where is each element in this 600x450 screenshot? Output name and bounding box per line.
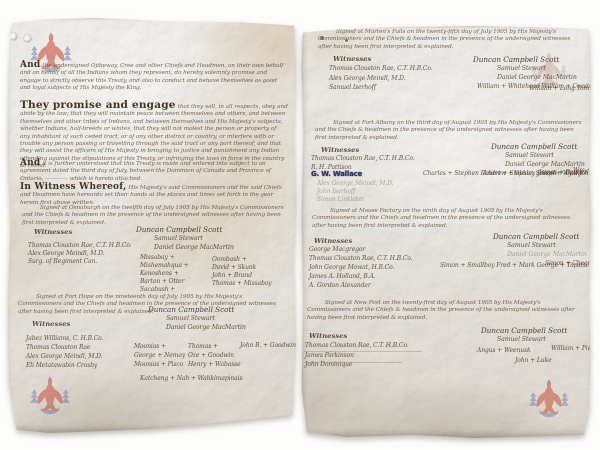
thunderbird-watermark [527,378,571,418]
commissioner-signature: Daniel George MacMartin [154,244,234,253]
paragraph-opening: They promise and engage [20,99,178,111]
signer-names: Angus + Weenusk [477,347,531,354]
witnesses-label: Witnesses [309,332,347,340]
ink-stamp-signature: G. W. Wallace [311,170,362,178]
signing-heading-new-post: Signed at New Post on the twenty-first d… [307,300,583,322]
signer-names: William + Long Tom William + Wynne [529,85,591,93]
commissioner-signature: Duncan Campbell Scott [491,142,577,151]
witnesses-label: Witnesses [32,320,70,328]
punch-hole-eyelet [10,33,17,40]
witness-signatures: George Macgregor Thomas Clouston Rae, C.… [309,245,413,290]
signer-names: Thomas + Oze + Goodwin Henry + Wabasse [188,342,241,369]
ruled-line [304,351,422,352]
thunderbird-watermark [28,375,72,415]
paragraph-text: the undersigned Ojibeway, Cree and other… [20,63,283,91]
left-page: Andthe undersigned Ojibeway, Cree and ot… [8,18,297,433]
witnesses-label: Witnesses [34,228,72,236]
commissioner-signature: Samuel Stewart [505,152,585,161]
witnesses-label: Witnesses [314,237,352,245]
punch-hole-eyelet [24,35,31,42]
signing-heading-fort-albany: Signed at Fort Albany on the third day o… [315,120,583,142]
commissioner-signatures: Samuel Stewart [497,336,546,345]
witness-signatures: Jabez Williams, C. H.B.Co. Thomas Cloust… [26,334,103,370]
witness-signatures: Thomas Clouston Rae, C.T. H.B.Co. James … [305,341,409,370]
commissioner-signature: Samuel Stewart [154,235,234,244]
signer-names: John B. + Goodwin Abraham + Mamins Yesno… [240,341,297,350]
witness-signatures: Thomas Clouston Rae, C.T. H.B.Co. Alex G… [329,64,433,93]
commissioner-signature: Daniel George MacMartin [166,324,246,333]
commissioner-signatures: Samuel StewartDaniel George MacMartin [497,65,577,82]
signing-heading-martens-falls: Signed at Marten's Falls on the twenty-f… [318,29,574,51]
commissioner-signatures: Samuel StewartDaniel George MacMartin [154,235,234,252]
commissioner-signature: Daniel George MacMartin [507,251,587,260]
witness-signatures: Thomas Clouston Rae, C.T. H.B.Co. Alex G… [28,242,132,266]
signer-names: Katcheng + Nah + Wahkimapinais [140,375,242,382]
ruled-line [304,362,402,363]
commissioner-signature: Samuel Stewart [166,315,246,324]
right-page: Signed at Marten's Falls on the twenty-f… [301,26,591,438]
witness-signatures-faint: Alex George Meindl, M.D. John Iserhoff S… [317,180,393,204]
signing-heading-osnaburgh: Signed at Osnaburgh on the twelfth day o… [22,205,284,227]
signer-names: John + Luke [515,357,552,364]
witnesses-label: Witnesses [321,146,359,154]
commissioner-signatures: Samuel StewartDaniel George MacMartin [507,242,587,259]
scanned-treaty-document: { "theme":{ "page_color":"#eae7e1", "ink… [0,0,600,450]
commissioner-signature: Duncan Campbell Scott [148,305,234,314]
right-page-parchment: Signed at Marten's Falls on the twenty-f… [301,26,591,438]
left-page-parchment: Andthe undersigned Ojibeway, Cree and ot… [8,18,297,433]
commissioner-signature: Samuel Stewart [497,65,577,74]
commissioner-signature: Samuel Stewart [507,242,587,251]
signer-names: Missabay + Mishemahqua + Kenoshens + Bar… [140,254,189,294]
commissioner-signatures: Samuel StewartDaniel George MacMartin [166,315,246,332]
paragraph-opening: And [20,60,42,70]
commissioner-signature: Duncan Campbell Scott [493,232,579,241]
paragraph-opening: And [20,158,42,168]
treaty-paragraph: Andit is further understood that this Tr… [20,160,282,183]
signer-names: Wm + Goodwin Thos + Scott [573,163,591,178]
witnesses-label: Witnesses [333,55,371,63]
signer-names: Oombash + David + Skunk John + Brand Tho… [212,256,272,288]
signer-names: Moonias + George + Nemay Moonias + Pisco [134,342,185,369]
paragraph-opening: In Witness Whereof, [20,182,128,192]
signing-heading-moose-factory: Signed at Moose Factory on the ninth day… [312,208,584,230]
commissioner-signature: Samuel Stewart [497,336,546,345]
signer-names: William + Pierce [551,345,591,352]
treaty-paragraph: Andthe undersigned Ojibeway, Cree and ot… [20,62,286,93]
signer-names: Simon + Cheena John + Jeffries Esau + Om… [545,260,591,268]
commissioner-signature: Duncan Campbell Scott [136,225,222,234]
treaty-paragraph: In Witness Whereof,His Majesty's said Co… [20,184,288,207]
commissioner-signature: Duncan Campbell Scott [481,326,567,335]
commissioner-signature: Duncan Campbell Scott [473,55,559,64]
paragraph-text: it is further understood that this Treat… [20,161,271,182]
commissioner-signature: Daniel George MacMartin [497,74,577,83]
